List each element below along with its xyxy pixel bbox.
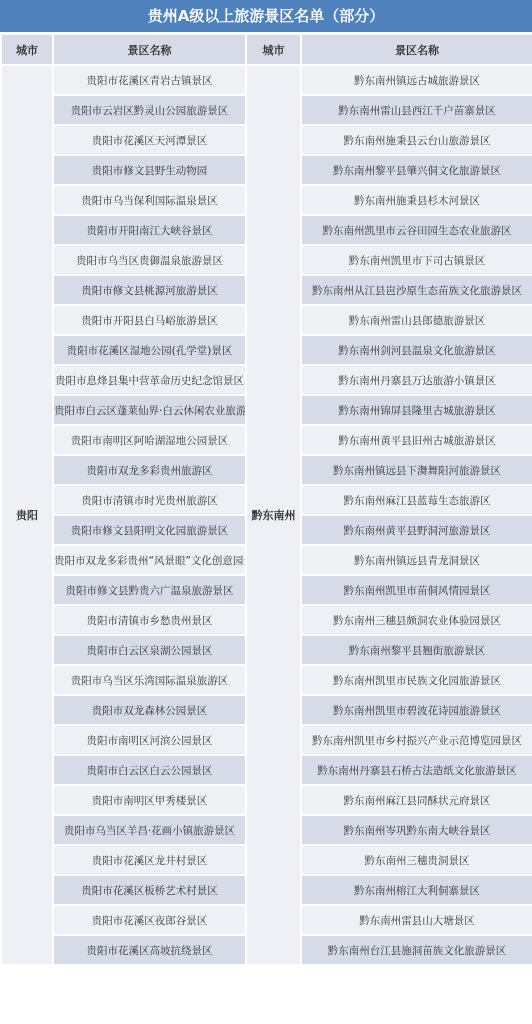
scenic-name-right: 黔东南州凯里市云谷田园生态农业旅游区 <box>301 215 532 245</box>
scenic-name-right: 黔东南州剑河县温泉文化旅游景区 <box>301 335 532 365</box>
header-name-left: 景区名称 <box>53 34 246 65</box>
scenic-name-right: 黔东南州榕江大利侗寨景区 <box>301 875 532 905</box>
scenic-name-right: 黔东南州黄平县野洞河旅游景区 <box>301 515 532 545</box>
scenic-name-left: 贵阳市白云区泉湖公园景区 <box>53 635 246 665</box>
scenic-name-left: 贵阳市双龙多彩贵州“风景眼”文化创意园景区 <box>53 545 246 575</box>
scenic-name-right: 黔东南州凯里市乡村振兴产业示范博览园景区 <box>301 725 532 755</box>
scenic-name-right: 黔东南州台江县施洞苗族文化旅游景区 <box>301 935 532 965</box>
scenic-name-left: 贵阳市开阳南江大峡谷景区 <box>53 215 246 245</box>
scenic-name-left: 贵阳市花溪区高坡抗绕景区 <box>53 935 246 965</box>
scenic-name-left: 贵阳市清镇市乡愁贵州景区 <box>53 605 246 635</box>
city-cell-left: 贵阳 <box>1 65 53 965</box>
scenic-name-left: 贵阳市修文县阳明文化园旅游景区 <box>53 515 246 545</box>
scenic-name-right: 黔东南州三穗贵洞景区 <box>301 845 532 875</box>
scenic-name-left: 贵阳市花溪区夜郎谷景区 <box>53 905 246 935</box>
scenic-name-right: 黔东南州丹寨县石桥古法造纸文化旅游景区 <box>301 755 532 785</box>
scenic-name-left: 贵阳市云岩区黔灵山公园旅游景区 <box>53 95 246 125</box>
scenic-name-left: 贵阳市乌当区羊昌·花画小镇旅游景区 <box>53 815 246 845</box>
scenic-area-table: 城市 景区名称 城市 景区名称 贵阳贵阳市花溪区青岩古镇景区黔东南州黔东南州镇远… <box>0 33 532 966</box>
scenic-name-right: 黔东南州镇远县青龙洞景区 <box>301 545 532 575</box>
scenic-name-left: 贵阳市南明区阿哈湖湿地公园景区 <box>53 425 246 455</box>
scenic-name-left: 贵阳市南明区河滨公园景区 <box>53 725 246 755</box>
scenic-name-right: 黔东南州丹寨县万达旅游小镇景区 <box>301 365 532 395</box>
scenic-name-left: 贵阳市南明区甲秀楼景区 <box>53 785 246 815</box>
header-name-right: 景区名称 <box>301 34 532 65</box>
scenic-name-left: 贵阳市花溪区天河潭景区 <box>53 125 246 155</box>
scenic-name-right: 黔东南州雷山县郎德旅游景区 <box>301 305 532 335</box>
scenic-name-right: 黔东南州雷县山大塘景区 <box>301 905 532 935</box>
scenic-name-left: 贵阳市花溪区湿地公园(孔学堂)景区 <box>53 335 246 365</box>
scenic-name-right: 黔东南州黎平县肇兴侗文化旅游景区 <box>301 155 532 185</box>
scenic-name-left: 贵阳市双龙多彩贵州旅游区 <box>53 455 246 485</box>
header-city-right: 城市 <box>246 34 301 65</box>
scenic-name-right: 黔东南州麻江县蓝莓生态旅游区 <box>301 485 532 515</box>
scenic-name-left: 贵阳市双龙森林公园景区 <box>53 695 246 725</box>
scenic-name-left: 贵阳市花溪区龙井村景区 <box>53 845 246 875</box>
scenic-name-right: 黔东南州施秉县杉木河景区 <box>301 185 532 215</box>
scenic-name-right: 黔东南州锦屏县隆里古城旅游景区 <box>301 395 532 425</box>
scenic-name-left: 贵阳市花溪区青岩古镇景区 <box>53 65 246 95</box>
scenic-name-right: 黔东南州施秉县云台山旅游景区 <box>301 125 532 155</box>
scenic-name-right: 黔东南州黄平县旧州古城旅游景区 <box>301 425 532 455</box>
table-row: 贵阳贵阳市花溪区青岩古镇景区黔东南州黔东南州镇远古城旅游景区 <box>1 65 532 95</box>
scenic-name-left: 贵阳市花溪区板桥艺术村景区 <box>53 875 246 905</box>
scenic-name-left: 贵阳市修文县野生动物园 <box>53 155 246 185</box>
scenic-name-right: 黔东南州凯里市民族文化园旅游景区 <box>301 665 532 695</box>
scenic-name-left: 贵阳市修文县黔贵六广温泉旅游景区 <box>53 575 246 605</box>
scenic-name-right: 黔东南州镇远县下㵲舞阳河旅游景区 <box>301 455 532 485</box>
scenic-name-left: 贵阳市乌当保利国际温泉景区 <box>53 185 246 215</box>
scenic-name-left: 贵阳市白云区白云公园景区 <box>53 755 246 785</box>
header-row: 城市 景区名称 城市 景区名称 <box>1 34 532 65</box>
scenic-name-right: 黔东南州岑巩黔东南大峡谷景区 <box>301 815 532 845</box>
scenic-name-left: 贵阳市清镇市时光贵州旅游区 <box>53 485 246 515</box>
table-title: 贵州A级以上旅游景区名单（部分） <box>0 0 532 33</box>
scenic-name-right: 黔东南州凯里市苗侗风情园景区 <box>301 575 532 605</box>
scenic-name-left: 贵阳市息烽县集中营革命历史纪念馆景区 <box>53 365 246 395</box>
city-cell-right: 黔东南州 <box>246 65 301 965</box>
scenic-name-right: 黔东南州凯里市下司古镇景区 <box>301 245 532 275</box>
scenic-name-left: 贵阳市乌当区乐湾国际温泉旅游区 <box>53 665 246 695</box>
scenic-name-right: 黔东南州凯里市碧波花诗园旅游景区 <box>301 695 532 725</box>
scenic-name-left: 贵阳市乌当区贵御温泉旅游景区 <box>53 245 246 275</box>
scenic-name-right: 黔东南州镇远古城旅游景区 <box>301 65 532 95</box>
scenic-name-left: 贵阳市白云区蓬莱仙界·白云休闲农业旅游景区 <box>53 395 246 425</box>
scenic-name-right: 黔东南州黎平县翘街旅游景区 <box>301 635 532 665</box>
scenic-name-right: 黔东南州雷山县西江千户苗寨景区 <box>301 95 532 125</box>
scenic-name-left: 贵阳市修文县桃源河旅游景区 <box>53 275 246 305</box>
scenic-name-right: 黔东南州三穗县颇洞农业体验园景区 <box>301 605 532 635</box>
scenic-name-right: 黔东南州麻江县同酥状元府景区 <box>301 785 532 815</box>
scenic-name-right: 黔东南州从江县岜沙原生态苗族文化旅游景区 <box>301 275 532 305</box>
header-city-left: 城市 <box>1 34 53 65</box>
scenic-name-left: 贵阳市开阳县白马峪旅游景区 <box>53 305 246 335</box>
